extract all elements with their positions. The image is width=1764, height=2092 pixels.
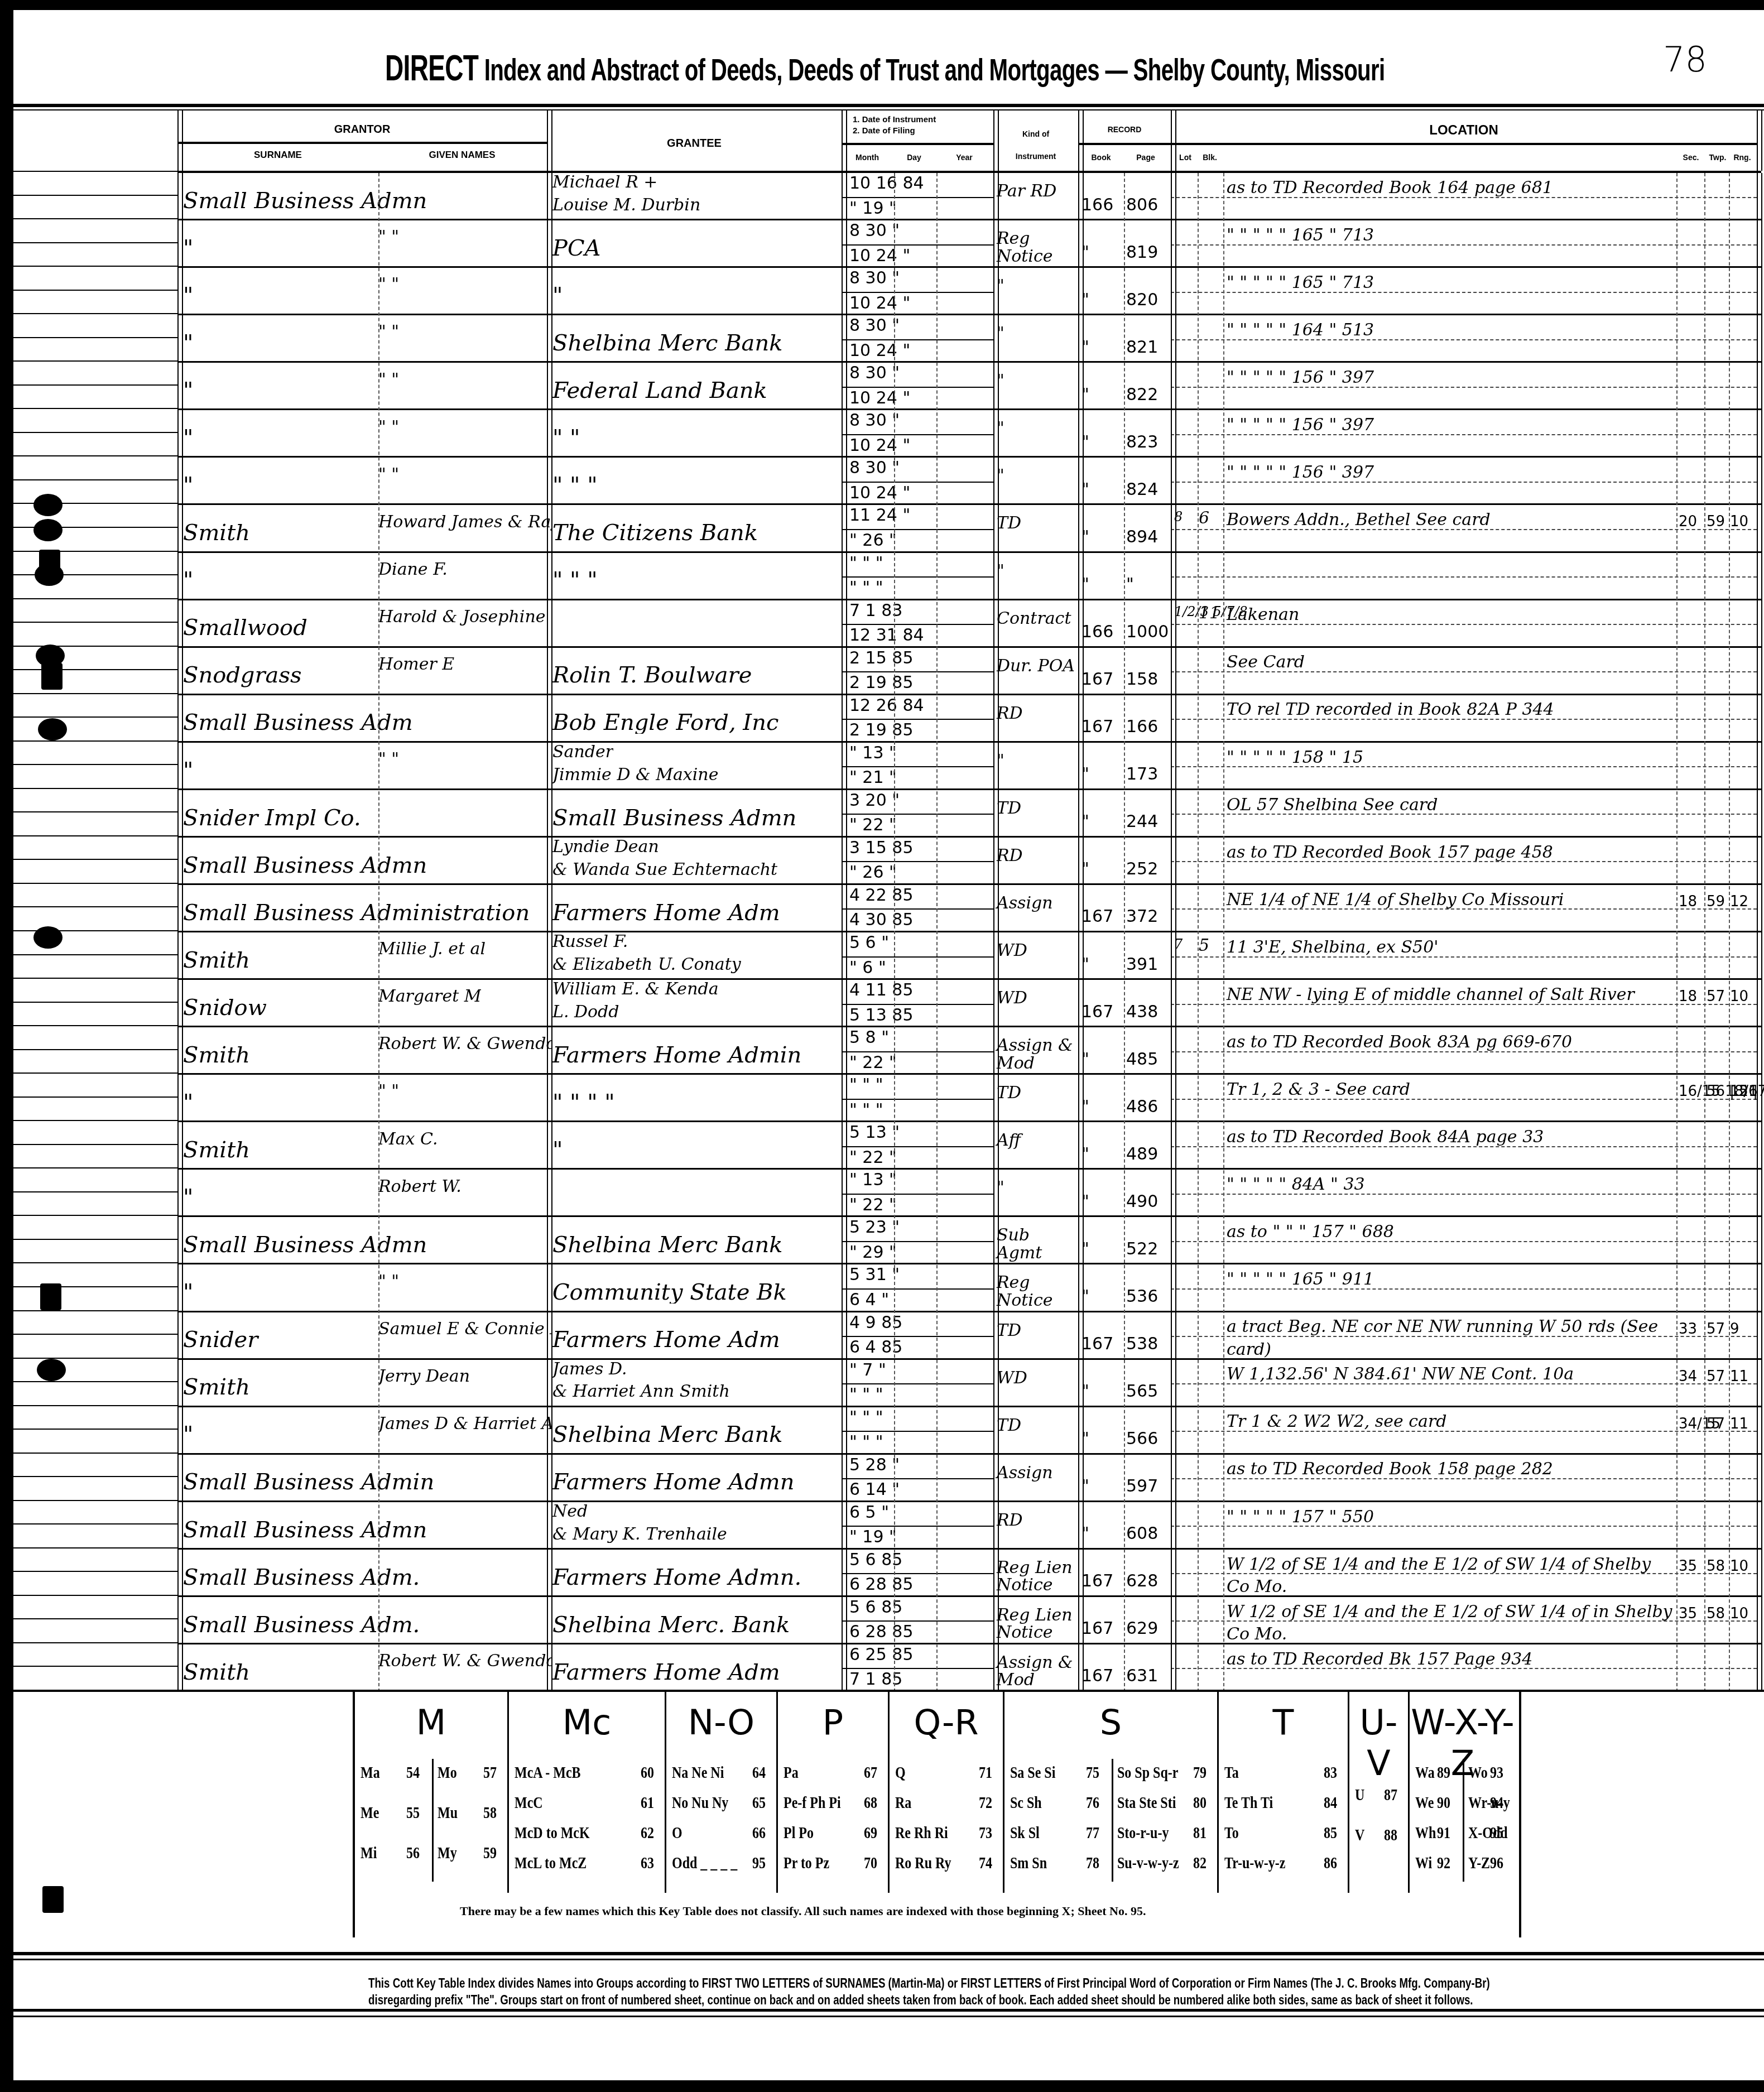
grantor-given-names: " " (378, 229, 399, 246)
column-rule (547, 173, 552, 1692)
date-of-filing: 2 19 85 (849, 722, 914, 739)
instrument-kind: Reg Notice (997, 230, 1078, 265)
grantee-name: PCA (552, 237, 600, 259)
date-of-instrument: 8 30 " (849, 412, 900, 429)
date-of-filing: " " " (849, 1102, 883, 1119)
blk-header: Blk. (1199, 153, 1221, 162)
location-twp: 57 (1707, 1322, 1725, 1336)
grantee-name: Community State Bk (552, 1281, 787, 1304)
key-group-letter: Q-R (890, 1702, 1003, 1743)
record-page: 608 (1126, 1526, 1158, 1542)
key-entry-label: Sa Se Si (1010, 1763, 1055, 1782)
location-description: " " " " " 165 " 713 (1227, 224, 1374, 247)
key-entry-sheet-number: 84 (1324, 1793, 1337, 1812)
instrument-kind: Assign & Mod (997, 1654, 1078, 1689)
grantee-name: " (552, 1139, 563, 1161)
footer-rule-bottom (13, 2009, 1764, 2012)
margin-rule (13, 1334, 177, 1335)
record-book: 166 (1082, 624, 1113, 641)
key-group-mc: McMcA - McB60McC61McD to McK62McL to McZ… (509, 1692, 666, 1893)
key-entry-label: Mu (438, 1804, 458, 1822)
date-of-filing: 6 28 85 (849, 1576, 914, 1593)
key-entry-sheet-number: 66 (752, 1824, 766, 1843)
record-book: 167 (1082, 1668, 1113, 1685)
margin-rule (13, 551, 177, 552)
date-of-filing: 10 24 " (849, 485, 910, 502)
location-description: Bowers Addn., Bethel See card (1227, 509, 1491, 532)
date-of-instrument: " 13 " (849, 1172, 897, 1189)
margin-rule (13, 906, 177, 907)
margin-rule (13, 1405, 177, 1406)
location-twp: 57 (1707, 1417, 1725, 1431)
date-of-filing: " 19 " (849, 1529, 897, 1546)
location-rng: 10 (1730, 514, 1748, 529)
date-of-instrument: 6 5 " (849, 1504, 889, 1521)
grantor-surname: Snodgrass (183, 664, 301, 686)
ledger-row: Small Business Adm.Farmers Home Admn.5 6… (177, 1550, 1761, 1597)
ledger-row: SnidowMargaret MWilliam E. & KendaL. Dod… (177, 980, 1761, 1027)
location-rng: 10 (1730, 1559, 1748, 1574)
instrument-kind: TD (997, 1084, 1021, 1102)
key-entry-sheet-number: 69 (864, 1824, 877, 1843)
record-page: 822 (1126, 387, 1158, 403)
record-book: 167 (1082, 1573, 1113, 1590)
date-of-instrument: 6 25 85 (849, 1647, 914, 1663)
date-of-filing: " 22 " (849, 1197, 897, 1214)
key-entry-label: To (1224, 1824, 1239, 1843)
key-entry-sheet-number: 96 (1490, 1854, 1503, 1873)
record-page: 566 (1126, 1431, 1158, 1447)
column-rule (1078, 173, 1084, 1692)
margin-rule (13, 954, 177, 955)
instrument-kind: WD (997, 1369, 1027, 1387)
margin-rule (13, 1666, 177, 1667)
instrument-kind: Contract (997, 610, 1071, 628)
date-of-filing: " " " (849, 1434, 883, 1451)
grantor-surname: Small Business Admn (183, 190, 427, 212)
column-rule (993, 173, 999, 1692)
location-description: " " " " " 84A " 33 (1227, 1174, 1365, 1196)
key-entry-sheet-number: 73 (979, 1824, 992, 1843)
margin-rule (13, 1523, 177, 1524)
margin-rule (13, 1381, 177, 1382)
margin-rule (13, 788, 177, 789)
date-of-instrument: " 13 " (849, 745, 897, 762)
grantee-name: Farmers Home Admn (552, 1471, 794, 1493)
margin-rule (13, 883, 177, 884)
key-entry-label: Me (361, 1804, 379, 1822)
location-description: Lakenan (1227, 604, 1299, 627)
grantor-surname: Smith (183, 1044, 250, 1066)
margin-rule (13, 313, 177, 314)
instrument-kind: Par RD (997, 182, 1056, 200)
date-filing-header: 2. Date of Filing (853, 126, 998, 136)
binder-slot-icon (42, 1886, 64, 1913)
ledger-row: SniderSamuel E & Connie NFarmers Home Ad… (177, 1312, 1761, 1360)
location-description: " " " " " 165 " 911 (1227, 1268, 1374, 1291)
key-entry-label: Wa (1415, 1763, 1435, 1782)
instrument-kind: Reg Lien Notice (997, 1559, 1078, 1594)
location-twp: 57 (1707, 1369, 1725, 1384)
margin-rule (13, 195, 177, 196)
key-subdivider (432, 1759, 434, 1882)
instrument-kind: Assign (997, 894, 1053, 912)
key-entry-sheet-number: 94 (1490, 1793, 1503, 1812)
grantor-surname: Small Business Adm. (183, 1566, 420, 1589)
date-of-instrument: 8 30 " (849, 223, 900, 239)
date-of-filing: 4 30 85 (849, 912, 914, 929)
grantor-given-names: " " (378, 276, 399, 293)
instrument-kind: TD (997, 800, 1021, 817)
instrument-kind: WD (997, 942, 1027, 960)
margin-rule (13, 1262, 177, 1263)
grantee-name: L. Dodd (552, 1004, 619, 1021)
margin-rule (13, 290, 177, 291)
location-description: TO rel TD recorded in Book 82A P 344 (1227, 699, 1554, 722)
record-page: 820 (1126, 292, 1158, 309)
ledger-row: SmithMax C."5 13 "" 22 "Aff"489as to TD … (177, 1122, 1761, 1170)
date-divider (842, 434, 993, 435)
key-entry-label: Wo (1468, 1763, 1488, 1782)
date-of-filing: 6 28 85 (849, 1624, 914, 1641)
record-page: 173 (1126, 766, 1158, 783)
grantee-name: " " " (552, 474, 598, 497)
key-entry-sheet-number: 56 (406, 1844, 420, 1863)
grantor-given-names: " " (378, 324, 399, 340)
kind-header-1: Kind of (993, 129, 1078, 138)
grantor-surname: " (183, 1423, 193, 1446)
date-divider (842, 814, 993, 815)
key-entry-sheet-number: 67 (864, 1763, 877, 1782)
location-twp: 58 (1707, 1559, 1725, 1574)
twp-header: Twp. (1707, 153, 1729, 162)
location-sec: 33 (1679, 1322, 1697, 1336)
grantee-name: & Harriet Ann Smith (552, 1383, 730, 1400)
column-rule (1676, 173, 1678, 1692)
record-book: 167 (1082, 1336, 1113, 1353)
key-entry-sheet-number: 74 (979, 1854, 992, 1873)
record-book: 166 (1082, 197, 1113, 214)
date-divider (842, 908, 993, 910)
key-entry-label: Sc Sh (1010, 1793, 1042, 1812)
key-entry-sheet-number: 82 (1193, 1854, 1207, 1873)
key-entry-sheet-number: 60 (641, 1763, 654, 1782)
date-divider (842, 1146, 993, 1147)
instrument-kind: RD (997, 705, 1023, 723)
record-page: 485 (1126, 1051, 1158, 1068)
ledger-row: Small Business AdmnShelbina Merc Bank5 2… (177, 1217, 1761, 1264)
location-description: OL 57 Shelbina See card (1227, 794, 1438, 817)
grantee-name: " " " " (552, 1091, 615, 1114)
grantee-name: Rolin T. Boulware (552, 664, 752, 686)
date-divider (842, 956, 993, 958)
ledger-row: "" "Shelbina Merc Bank8 30 "10 24 """821… (177, 315, 1761, 363)
date-divider (842, 1288, 993, 1290)
key-subdivider (1463, 1759, 1464, 1882)
location-twp: 59 (1707, 894, 1725, 909)
location-blk: 6 (1199, 510, 1209, 527)
location-rng: 11 (1730, 1417, 1748, 1431)
key-entry-label: Q (895, 1763, 906, 1782)
grantor-surname: " (183, 237, 193, 259)
instrument-kind: Reg Notice (997, 1274, 1078, 1309)
date-of-instrument: " " " (849, 555, 883, 572)
key-entry-label: Pa (784, 1763, 799, 1782)
key-entry-label: Sto-r-u-y (1117, 1824, 1169, 1843)
header-subrule (177, 142, 547, 144)
header-subrule (842, 143, 993, 145)
key-entry-sheet-number: 78 (1086, 1854, 1099, 1873)
margin-rule (13, 1049, 177, 1050)
page-title: DIRECT Index and Abstract of Deeds, Deed… (385, 47, 1385, 89)
location-sec: 35 (1679, 1559, 1697, 1574)
margin-rule (13, 1073, 177, 1074)
margin-rule (13, 1429, 177, 1430)
ledger-table: GRANTOR SURNAME GIVEN NAMES GRANTEE 1. D… (177, 109, 1761, 1692)
key-entry-label: McA - McB (515, 1763, 581, 1782)
location-blk: 11 (1199, 605, 1220, 622)
ledger-row: SmallwoodHarold & Josephine et al7 1 831… (177, 600, 1761, 648)
date-of-filing: 10 24 " (849, 248, 910, 264)
date-of-filing: 10 24 " (849, 295, 910, 312)
location-sec: 20 (1679, 514, 1697, 529)
location-description: " " " " " 156 " 397 (1227, 461, 1374, 484)
key-entry-sheet-number: 93 (1490, 1763, 1503, 1782)
margin-rule (13, 1191, 177, 1192)
grantee-name: & Mary K. Trenhaile (552, 1526, 727, 1543)
date-of-filing: " 22 " (849, 817, 897, 834)
margin-rule (13, 1571, 177, 1572)
margin-rule (13, 266, 177, 267)
record-page: 486 (1126, 1099, 1158, 1115)
date-of-filing: 10 24 " (849, 390, 910, 407)
record-page: 597 (1126, 1478, 1158, 1495)
key-group-m: MMa54Me55Mi56Mo57Mu58My59 (355, 1692, 509, 1893)
margin-rule (13, 171, 177, 172)
grantor-surname: Smith (183, 522, 250, 544)
grantee-name: Shelbina Merc Bank (552, 1423, 782, 1446)
key-entry-sheet-number: 57 (483, 1763, 497, 1782)
date-divider (842, 624, 993, 625)
location-twp: 58 (1707, 1607, 1725, 1621)
location-description: as to TD Recorded Book 84A page 33 (1227, 1126, 1544, 1149)
margin-rule (13, 1476, 177, 1477)
record-page: 823 (1126, 434, 1158, 451)
margin-rule (13, 1167, 177, 1168)
date-divider (842, 339, 993, 340)
margin-rule (13, 1002, 177, 1003)
ledger-row: "" "" " "8 30 "10 24 """824" " " " " 156… (177, 458, 1761, 505)
key-entry-label: V (1355, 1826, 1364, 1845)
ledger-row: "James D & Harriet AnnShelbina Merc Bank… (177, 1407, 1761, 1455)
key-group-q-r: Q-RQ71Ra72Re Rh Ri73Ro Ru Ry74 (890, 1692, 1004, 1893)
date-of-filing: " 21 " (849, 770, 897, 786)
key-entry-sheet-number: 63 (641, 1854, 654, 1873)
instrument-kind: Assign & Mod (997, 1037, 1078, 1072)
date-divider (842, 197, 993, 198)
margin-rule (13, 1215, 177, 1216)
margin-rule (13, 693, 177, 694)
key-group-n-o: N-ONa Ne Ni64No Nu Ny65O66Odd _ _ _ _95 (666, 1692, 778, 1893)
record-page: " (1126, 576, 1134, 593)
ledger-row: Small Business AdminFarmers Home Admn5 2… (177, 1455, 1761, 1502)
ledger-row: "" "" " " "" " "" " "TD"486Tr 1, 2 & 3 -… (177, 1075, 1761, 1122)
ledger-row: "Diane F." " "" " "" " """" (177, 553, 1761, 600)
grantor-surname: " (183, 569, 193, 591)
date-of-instrument: " " " (849, 1077, 883, 1094)
location-sec: 34 (1679, 1369, 1697, 1384)
location-description: 11 3'E, Shelbina, ex S50' (1227, 936, 1439, 959)
key-entry-sheet-number: 79 (1193, 1763, 1207, 1782)
grantor-given-names: Millie J. et al (378, 941, 486, 958)
key-group-letter: U-V (1349, 1702, 1408, 1783)
column-rule (1704, 173, 1705, 1692)
location-description: as to TD Recorded Book 83A pg 669-670 (1227, 1031, 1572, 1054)
date-of-filing: " " " (849, 1387, 883, 1403)
instrument-kind: TD (997, 514, 1021, 532)
margin-rule (13, 1286, 177, 1287)
margin-rule (13, 1025, 177, 1026)
col-divider (1757, 109, 1762, 171)
key-entry-label: Te Th Ti (1224, 1793, 1273, 1812)
date-of-instrument: 2 15 85 (849, 650, 914, 667)
margin-rule (13, 218, 177, 219)
location-twp: 57 (1707, 989, 1725, 1004)
column-rule (1124, 173, 1125, 1692)
grantor-surname: " (183, 332, 193, 354)
grantee-name: Shelbina Merc Bank (552, 332, 782, 354)
grantor-given-names: Robert W. & Gwendolyn K (378, 1653, 551, 1670)
day-header: Day (897, 153, 931, 162)
ledger-row: Small Business AdministrationFarmers Hom… (177, 885, 1761, 932)
key-entry-label: So Sp Sq-r (1117, 1763, 1178, 1782)
margin-rule (13, 811, 177, 812)
ledger-row: Small Business AdmBob Engle Ford, Inc12 … (177, 695, 1761, 743)
grantor-surname: Small Business Admn (183, 1234, 427, 1256)
ledger-row: "" "PCA8 30 "10 24 "Reg Notice"819" " " … (177, 220, 1761, 268)
grantee-name: Shelbina Merc Bank (552, 1234, 782, 1256)
ledger-row: Snider Impl Co.Small Business Admn3 20 "… (177, 790, 1761, 838)
grantor-given-names: " " (378, 467, 399, 483)
location-description: as to TD Recorded Book 158 page 282 (1227, 1458, 1553, 1481)
grantee-name: Sander (552, 744, 613, 761)
date-divider (842, 244, 993, 246)
date-of-filing: " 26 " (849, 864, 897, 881)
record-page: 628 (1126, 1573, 1158, 1590)
column-rule (936, 173, 938, 1692)
ledger-row: Small Business Adm.Shelbina Merc. Bank5 … (177, 1597, 1761, 1644)
location-description: as to TD Recorded Book 157 page 458 (1227, 841, 1553, 864)
location-description: NE NW - lying E of middle channel of Sal… (1227, 984, 1635, 1007)
header-subrule (1078, 143, 1171, 145)
sec-header: Sec. (1679, 153, 1703, 162)
record-page: 438 (1126, 1004, 1158, 1021)
footer-rule (13, 1952, 1764, 1955)
location-rng: 11 (1730, 1369, 1748, 1384)
grantee-name: Federal Land Bank (552, 379, 767, 402)
date-of-filing: " 19 " (849, 200, 897, 217)
margin-rule (13, 598, 177, 599)
key-table-note: There may be a few names which this Key … (460, 1904, 1146, 1918)
grantor-header: GRANTOR (177, 123, 547, 136)
key-entry-label: U (1355, 1786, 1364, 1805)
date-of-filing: " 26 " (849, 532, 897, 549)
margin-rule (13, 1595, 177, 1596)
date-of-instrument: " 7 " (849, 1362, 886, 1379)
margin-rule (13, 360, 177, 362)
grantor-surname: Smith (183, 1376, 250, 1398)
grantor-surname: Smith (183, 1661, 250, 1684)
key-entry-sheet-number: 64 (752, 1763, 766, 1782)
grantor-surname: " (183, 379, 193, 402)
col-divider (177, 109, 183, 171)
margin-rule (13, 503, 177, 504)
column-rule (177, 173, 183, 1692)
binder-hole-icon (38, 718, 67, 740)
key-entry-label: McC (515, 1793, 543, 1812)
grantee-name: Russel F. (552, 934, 628, 950)
instrument-kind: WD (997, 989, 1027, 1007)
key-entry-label: Pr to Pz (784, 1854, 829, 1873)
key-group-t: TTa83Te Th Ti84To85Tr-u-w-y-z86 (1219, 1692, 1349, 1893)
location-description: W 1/2 of SE 1/4 and the E 1/2 of SW 1/4 … (1227, 1601, 1673, 1646)
instrument-kind: RD (997, 847, 1023, 865)
key-entry-label: Wh (1415, 1824, 1436, 1843)
key-entry-sheet-number: 55 (406, 1804, 420, 1822)
grantor-given-names: Homer E (378, 656, 454, 673)
grantee-name: & Elizabeth U. Conaty (552, 956, 741, 973)
key-entry-label: Tr-u-w-y-z (1224, 1854, 1285, 1873)
footer-rule-bottom-thin (13, 2016, 1764, 2017)
location-sec: 18 (1679, 989, 1697, 1004)
grantor-given-names: Margaret M (378, 988, 481, 1005)
grantor-surname: " (183, 285, 193, 307)
date-divider (842, 1431, 993, 1432)
date-of-filing: 6 14 " (849, 1482, 900, 1498)
margin-rule (13, 1500, 177, 1501)
column-rule (1729, 173, 1730, 1692)
key-group-letter: M (355, 1702, 507, 1743)
margin-rule (13, 1358, 177, 1359)
record-page: 565 (1126, 1383, 1158, 1400)
key-entry-label: Y-Z (1468, 1854, 1490, 1873)
record-page: 158 (1126, 671, 1158, 688)
date-of-instrument: 8 30 " (849, 270, 900, 287)
grantor-given-names: " " (378, 419, 399, 436)
grantee-name: Ned (552, 1503, 588, 1520)
grantor-surname: Small Business Administration (183, 902, 530, 924)
margin-rule (13, 1239, 177, 1240)
surname-header: SURNAME (177, 150, 378, 161)
ledger-row: "Robert W." 13 "" 22 """490" " " " " 84A… (177, 1170, 1761, 1217)
record-book: 167 (1082, 1620, 1113, 1637)
margin-rule (13, 622, 177, 623)
grantor-given-names: " " (378, 1083, 399, 1100)
location-description: Tr 1, 2 & 3 - See card (1227, 1079, 1410, 1102)
location-description: " " " " " 157 " 550 (1227, 1506, 1374, 1529)
key-entry-label: We (1415, 1793, 1434, 1812)
date-divider (842, 1620, 993, 1622)
record-page: 522 (1126, 1241, 1158, 1258)
ledger-row: SmithRobert W. & Gwendolyn KFarmers Home… (177, 1644, 1761, 1692)
record-page: 490 (1126, 1194, 1158, 1210)
ledger-row: "" ""8 30 "10 24 """820" " " " " 165 " 7… (177, 268, 1761, 315)
page-header: Page (1126, 153, 1165, 162)
location-description: " " " " " 156 " 397 (1227, 367, 1374, 389)
grantee-header: GRANTEE (547, 137, 842, 150)
date-of-instrument: 8 30 " (849, 365, 900, 382)
kind-header-2: Instrument (993, 152, 1078, 161)
